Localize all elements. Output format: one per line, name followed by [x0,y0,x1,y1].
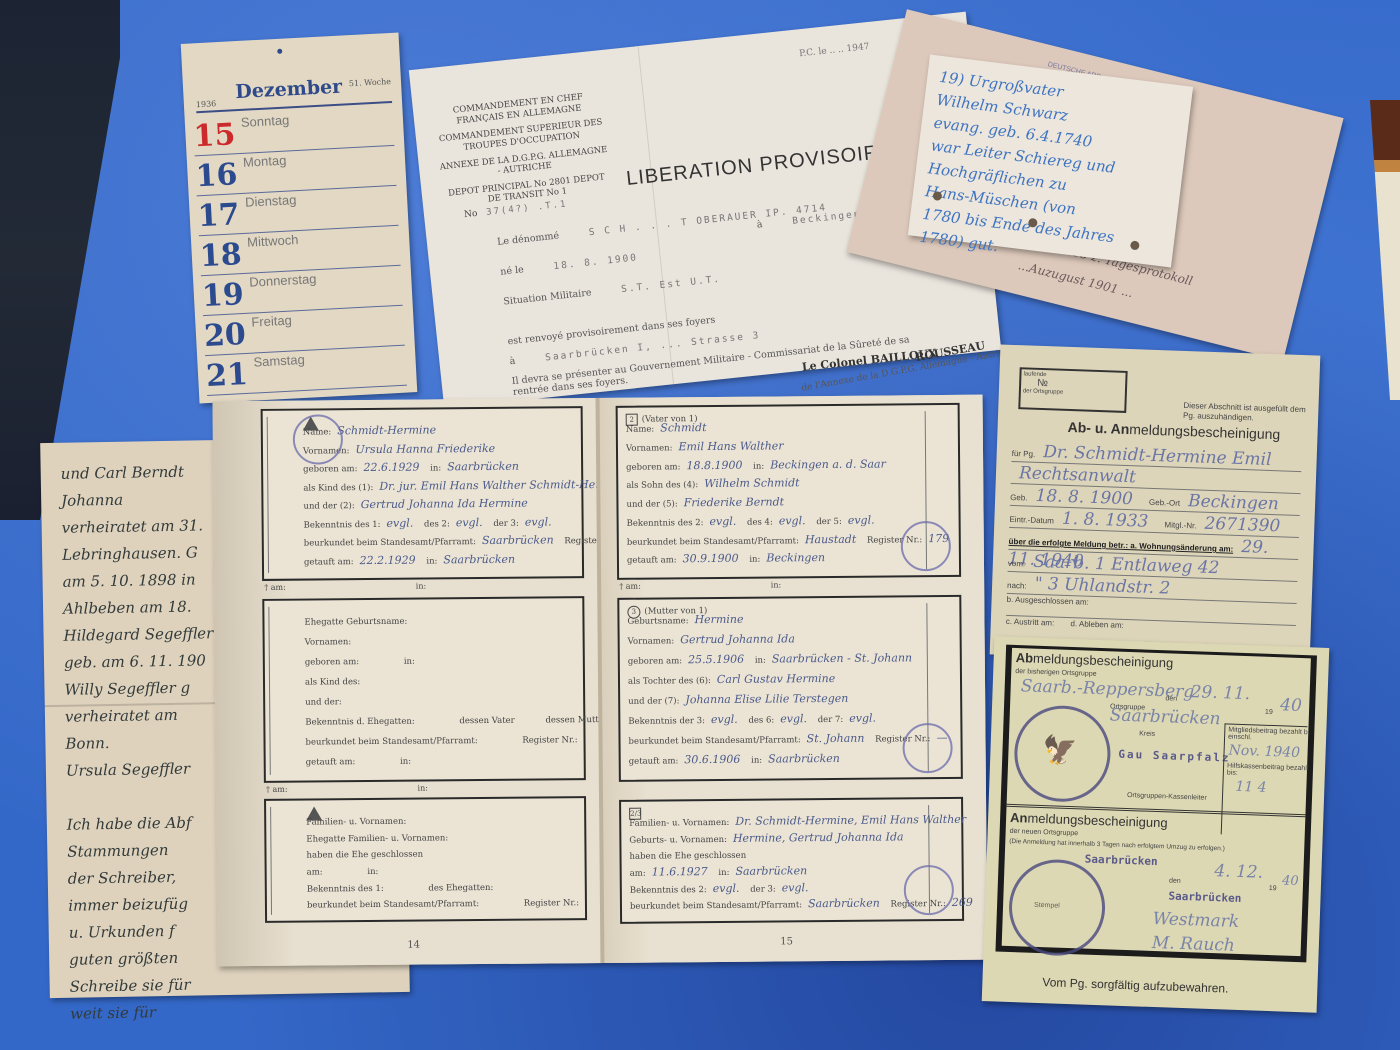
record-field: als Kind des: [305,674,394,688]
field-label: c. Austritt am: [1006,617,1055,628]
field-label: und der (5): [626,499,677,509]
field-value: Dr. jur. Emil Hans Walther Schmidt-Hermi… [379,477,628,492]
field-value: 18. 8. 1900 [1035,486,1133,509]
ancestry-booklet: Name:Schmidt-HermineVornamen:Ursula Hann… [213,395,988,967]
field-label: Le dénommé [497,230,560,247]
abmeldung-date: 29. 11. [1190,682,1250,704]
field-value-2 [584,732,598,745]
field-value: evgl. [711,713,738,726]
field-value [412,813,440,826]
field-label-2: Mitgl.-Nr. [1162,520,1197,530]
field-value: Saarbrücken [808,897,880,911]
letter-line: weit sie für [70,997,300,1028]
record-field: getauft am:30.9.1900 in:Beckingen [627,551,825,566]
field-value-2 [421,653,435,666]
field-value: Emil Hans Walther [678,439,783,453]
field-value-3: evgl. [848,513,875,526]
record-field: Vornamen: [305,634,386,648]
record-field: getauft am:30.6.1906 in:Saarbrücken [629,752,840,767]
ancestry-record: 2/3Familien- u. Vornamen:Dr. Schmidt-Her… [619,797,964,924]
field-label: beurkundet beim Standesamt/Pfarramt: [305,736,477,748]
form-number-box: laufende № der Ortsgruppe [1018,367,1127,413]
field-label: geboren am: [303,464,357,474]
calendar-day-name: Donnerstag [249,271,317,289]
field-value-2: 269 [952,896,973,909]
field-label: beurkundet beim Standesamt/Pfarramt: [630,901,802,913]
certificate-title: LIBERATION PROVISOIRE [625,140,894,191]
field-label-2: in: [427,463,441,473]
death-in: in: [417,784,427,793]
field-label: à [509,356,516,368]
official-stamp [293,414,343,464]
field-label-2: in: [397,757,411,767]
field-label: Name: [626,425,655,435]
field-label: Geburts- u. Vornamen: [629,835,727,846]
field-label: getauft am: [304,557,354,567]
booklet-page-left: Name:Schmidt-HermineVornamen:Ursula Hann… [213,398,603,966]
field-value: Haustadt [805,532,856,545]
field-value: St. Johann [807,732,865,746]
calendar-day-number: 18 [199,237,243,274]
death-label: † am: [266,785,288,794]
calendar-hole [277,49,282,54]
field-value [429,847,457,860]
death-line: † am:in: [619,580,781,590]
field-value [485,896,513,909]
record-field: Bekenntnis der 3:evgl. des 6:evgl. der 7… [628,712,876,727]
record-field: Ehegatte Geburtsname: [304,613,441,627]
record-field: am: in: [307,864,399,878]
field-value: Saarbrücken [482,533,554,547]
field-value: Dr. Schmidt-Hermine, Emil Hans Walther [735,813,966,828]
field-value [421,713,449,726]
field-label-2: des 2: [421,519,450,529]
record-field: als Sohn des (4):Wilhelm Schmidt [626,477,799,492]
party-seal-stamp: 🦅 [1013,704,1112,803]
calendar-day-number: 20 [203,317,247,354]
calendar-day-name: Freitag [251,313,292,330]
field-value: Friederike Berndt [684,495,784,509]
field-label: Ehegatte Geburtsname: [304,617,407,628]
field-value [413,613,441,626]
record-field: beurkundet beim Standesamt/Pfarramt:St. … [628,731,947,747]
field-value-2 [417,753,431,766]
field-label: und der (2): [303,501,354,511]
field-label: getauft am: [627,556,677,566]
death-label: † am: [619,582,641,591]
field-value [752,848,780,861]
record-field: beurkundet beim Standesamt/Pfarramt: Reg… [307,895,599,911]
field-value: Wilhelm Schmidt [704,477,800,491]
official-stamp [904,865,954,915]
record-field: Vornamen:Gertrud Johanna Ida [628,632,795,646]
field-label-2: der 3: [747,884,775,894]
field-value: Gertrud Johanna Ida Hermine [361,497,528,511]
field-label-2: Register Nr.: [520,735,578,746]
letter-line: Schreibe sie für [69,970,299,1001]
field-label-2: Register Nr.: [521,899,579,910]
field-label: als Kind des: [305,677,360,687]
ancestry-record: Ehegatte Geburtsname: Vornamen: geboren … [262,596,586,783]
field-label: Bekenntnis d. Ehegatten: [305,717,414,728]
field-value [361,754,389,767]
field-value: Rechtsanwalt [1019,463,1137,487]
field-value: Hermine [694,613,743,626]
field-value-2: evgl. [780,712,807,725]
certificate-field: Situation MilitaireS.T. Est U.T. [503,274,722,308]
field-value: 1. 8. 1933 [1062,509,1149,532]
record-side-notes [268,607,298,775]
field-label: Bekenntnis des 1: [304,519,381,530]
field-label: Bekenntnis des 2: [630,885,707,896]
calendar-week: 51. Woche [349,77,392,88]
field-label-2: dessen Vater [457,716,515,727]
field-label: Bekenntnis des 1: [307,884,384,895]
calendar-day-number: 21 [205,357,249,394]
field-label: geboren am: [305,657,359,667]
field-label: als Kind des (1): [303,482,373,493]
abmeldung-title: Abmeldungsbescheinigung [1015,650,1173,670]
record-field: geboren am:22.6.1929 in:Saarbrücken [303,460,519,475]
death-in: in: [416,582,426,591]
field-value [390,880,418,893]
form-frame: Abmeldungsbescheinigung der bisherigen O… [995,645,1317,963]
calendar-day-name: Dienstag [245,192,297,210]
record-field: geboren am: in: [305,653,435,667]
record-field: Familien- u. Vornamen:Dr. Schmidt-Hermin… [629,813,966,829]
field-label: haben die Ehe geschlossen [629,851,746,862]
field-label: als Tochter des (6): [628,676,711,687]
record-field: Geburts- u. Vornamen:Hermine, Gertrud Jo… [629,830,903,845]
calendar-day-number: 16 [195,157,239,194]
ancestry-record: Name:Schmidt-HermineVornamen:Ursula Hann… [261,406,584,581]
field-label: beurkundet beim Standesamt/Pfarramt: [307,899,479,911]
field-value [365,654,393,667]
field-label: Familien- u. Vornamen: [629,818,729,829]
field-label: né le [500,264,524,277]
field-label: für Pg. [1012,449,1036,459]
field-label: Situation Militaire [503,287,592,307]
official-stamp [902,723,952,773]
field-value: Gertrud Johanna Ida [680,632,795,646]
field-value: " 3 Uhlandstr. 2 [1034,574,1170,599]
field-label: beurkundet beim Standesamt/Pfarramt: [627,536,799,548]
field-label: Geburtsname: [627,616,688,627]
field-value [454,830,482,843]
page-number-left: 14 [407,940,420,951]
field-value: 30.6.1906 [684,753,740,766]
calendar-day-name: Samstag [253,352,305,370]
deregistration-form: Abmeldungsbescheinigung der bisherigen O… [982,636,1330,1012]
field-label-2: in: [752,656,766,666]
record-field: als Tochter des (6):Carl Gustav Hermine [628,672,835,687]
record-field: und der (2):Gertrud Johanna Ida Hermine [303,497,527,512]
record-field: als Kind des (1):Dr. jur. Emil Hans Walt… [303,477,628,493]
calendar-month: Dezember [235,76,343,104]
field-value [366,674,394,687]
field-label-2: in: [747,555,761,565]
field-value-2: Saarbrücken [768,752,840,766]
fold-line [638,46,675,384]
field-label: Eintr.-Datum [1009,515,1054,526]
field-label-3: der 5: [814,517,842,527]
card-text: 19) UrgroßvaterWilhelm Schwarzevang. geb… [918,66,1182,278]
death-label: † am: [264,583,286,592]
field-value: S.T. Est U.T. [621,274,722,295]
old-kreis: Saarbrücken [1109,705,1220,729]
field-label: Familien- u. Vornamen: [306,817,406,828]
ortsgruppe-seal-stamp: Stempel [1007,858,1106,957]
field-value: 18.8.1900 [686,458,742,471]
field-label: und der: [305,697,342,707]
field-value-2: 2671390 [1204,514,1280,537]
record-field: und der (7):Johanna Elise Lilie Terstege… [628,692,848,707]
certificate-header: COMMANDEMENT EN CHEF FRANÇAIS EN ALLEMAG… [433,90,613,216]
field-label-2: in: [750,461,764,471]
record-field: am:11.6.1927 in:Saarbrücken [630,864,808,879]
field-label: nach: [1007,581,1027,591]
field-value [357,634,385,647]
field-value-2 [585,895,599,908]
record-field: Vornamen:Emil Hans Walther [626,439,784,453]
calendar-day-name: Sonntag [241,112,290,130]
field-label: am: [307,867,323,877]
new-kreis: Saarbrücken [1168,890,1241,906]
record-field: getauft am: in: [306,753,432,767]
beitrag-box: Mitgliedsbeitrag bezahlt b. einschl. Nov… [1221,723,1308,837]
booklet-page-right: 2(Vater von 1)Name:SchmidtVornamen:Emil … [598,395,988,963]
tear-off-calendar: 1936 Dezember 51. Woche 15Sonntag16Monta… [181,33,418,404]
field-label: am: [630,869,646,879]
ancestry-record: 3(Mutter von 1)Geburtsname:HermineVornam… [617,595,963,782]
field-value: 18. 8. 1900 [553,252,639,272]
record-field: haben die Ehe geschlossen [629,848,780,862]
record-field: geboren am:18.8.1900 in:Beckingen a. d. … [626,457,886,472]
field-value [348,694,376,707]
record-field: und der: [305,694,376,708]
field-label-2: in: [401,657,415,667]
field-value: evgl. [713,881,740,894]
field-label: geboren am: [628,656,682,666]
certificate-date: P.C. le .. .. 1947 [799,42,870,59]
record-field: und der (5):Friederike Berndt [626,495,784,509]
field-value: Schmidt-Hermine [337,423,436,437]
field-value: Carl Gustav Hermine [717,672,835,686]
field-value-3: evgl. [525,515,552,528]
anmeldung-title: Anmeldungsbescheinigung [1010,810,1168,830]
field-value-2 [521,713,535,726]
ancestry-record: 2(Vater von 1)Name:SchmidtVornamen:Emil … [616,403,962,580]
field-label-3: der 3: [491,518,519,528]
calendar-year: 1936 [196,99,217,109]
record-field: Familien- u. Vornamen: [306,813,440,827]
field-value-2: evgl. [779,514,806,527]
record-field: geboren am:25.5.1906 in:Saarbrücken - St… [628,651,912,666]
calendar-day-name: Montag [243,153,287,170]
field-value: 11.6.1927 [652,865,708,878]
record-field: beurkundet beim Standesamt/Pfarramt:Saar… [304,533,647,549]
form-footer: Vom Pg. sorgfältig aufzubewahren. [1042,975,1229,995]
record-field: beurkundet beim Standesamt/Pfarramt: Reg… [305,732,597,748]
field-label: als Sohn des (4): [626,480,698,491]
field-label-2: d. Ableben am: [1068,619,1124,630]
field-value: evgl. [386,516,413,529]
new-gau: Westmark [1152,909,1239,932]
kassenleiter-signature: M. Rauch [1152,933,1236,956]
certificate-field: né le18. 8. 1900 [500,252,639,277]
field-label-2: des 6: [746,715,775,725]
field-value-2: Beckingen [1188,491,1279,514]
field-value: Ursula Hanna Friederike [355,441,495,455]
field-label: haben die Ehe geschlossen [306,850,423,861]
field-label-2: in: [748,756,762,766]
calendar-day-number: 15 [193,117,237,154]
new-ortsgruppe: Saarbrücken [1085,853,1158,869]
field-value: 22.6.1929 [363,461,419,474]
field-label-2: in: [365,867,379,877]
field-value-2: evgl. [782,881,809,894]
record-field: getauft am:22.2.1929 in:Saarbrücken [304,552,515,567]
field-value-2: Beckingen [766,551,825,565]
calendar-day-name: Mittwoch [247,232,299,250]
record-field: Name:Schmidt [626,421,707,435]
eagle-emblem-icon: 🦅 [1042,733,1078,767]
field-label: beurkundet beim Standesamt/Pfarramt: [304,537,476,549]
death-in: in: [771,580,781,589]
field-value-2: Beckingen a. d. Saar [770,457,886,471]
record-field: Bekenntnis des 2:evgl. des 4:evgl. der 5… [627,513,875,528]
field-value-2 [499,879,513,892]
anmeldung-date: 4. 12. [1214,861,1263,883]
field-value-2: Saarbrücken [447,460,519,474]
death-line: † am:in: [264,582,426,592]
calendar-day-number: 17 [197,197,241,234]
field-label: Vornamen: [626,443,673,453]
field-value-2: evgl. [456,516,483,529]
field-value [484,733,512,746]
field-value: evgl. [709,515,736,528]
field-value: 22.2.1929 [360,553,416,566]
field-label: vom: [1008,559,1026,569]
field-value: Hermine, Gertrud Johanna Ida [733,830,904,844]
page-number-right: 15 [780,936,793,947]
field-value: Johanna Elise Lilie Terstegen [685,692,848,706]
field-label-2: des Ehegatten: [426,883,494,894]
field-label: beurkundet beim Standesamt/Pfarramt: [628,735,800,747]
field-label-2: in: [424,556,438,566]
record-field: Bekenntnis d. Ehegatten: dessen Vater de… [305,712,631,728]
field-label-3: der 7: [815,715,843,725]
record-side-notes [270,807,300,915]
field-value-2: Saarbrücken - St. Johann [772,651,912,665]
field-label: Bekenntnis des 2: [627,518,704,529]
field-label: Vornamen: [628,636,675,646]
record-field: Bekenntnis des 2:evgl. der 3:evgl. [630,881,809,896]
field-label-2: Geb.-Ort [1147,498,1181,508]
field-value: 30.9.1900 [683,552,739,565]
field-label: b. Ausgeschlossen am: [1006,595,1089,607]
membership-registration-form: laufende № der Ortsgruppe Dieser Abschni… [990,345,1321,666]
field-value-3: evgl. [849,712,876,725]
record-field: Bekenntnis des 1:evgl. des 2:evgl. der 3… [304,515,552,530]
field-label: Ehegatte Familien- u. Vornamen: [306,833,448,844]
field-label: Bekenntnis der 3: [628,716,705,727]
calendar-day-number: 19 [201,277,245,314]
form-note: Dieser Abschnitt ist ausgefüllt dem Pg. … [1183,401,1314,426]
handwritten-genealogy-card: 19) UrgroßvaterWilhelm Schwarzevang. geb… [908,55,1193,268]
field-label: getauft am: [629,756,679,766]
field-label: geboren am: [626,462,680,472]
record-field: Bekenntnis des 1: des Ehegatten: [307,879,514,894]
gau-stamp-text: Gau Saarpfalz [1118,748,1230,765]
field-value: Schmidt [660,421,706,434]
field-label: Geb. [1010,493,1028,503]
field-value-2: Saarbrücken [443,552,515,566]
record-field: Ehegatte Familien- u. Vornamen: [306,830,482,845]
field-label: getauft am: [306,757,356,767]
field-label: Vornamen: [305,637,352,647]
field-value-2: Saarbrücken [735,864,807,878]
field-label: à [756,219,763,231]
ancestry-record: Familien- u. Vornamen: Ehegatte Familien… [264,796,587,923]
field-value [329,864,357,877]
field-value: 25.5.1906 [688,653,744,666]
record-field: haben die Ehe geschlossen [306,847,457,861]
official-stamp [901,521,951,571]
field-label-2: in: [716,868,730,878]
record-field: Geburtsname:Hermine [627,613,743,627]
field-label: und der (7): [628,696,679,706]
field-value-2 [384,864,398,877]
field-label-2: des 4: [744,517,773,527]
death-line: † am:in: [266,784,428,794]
